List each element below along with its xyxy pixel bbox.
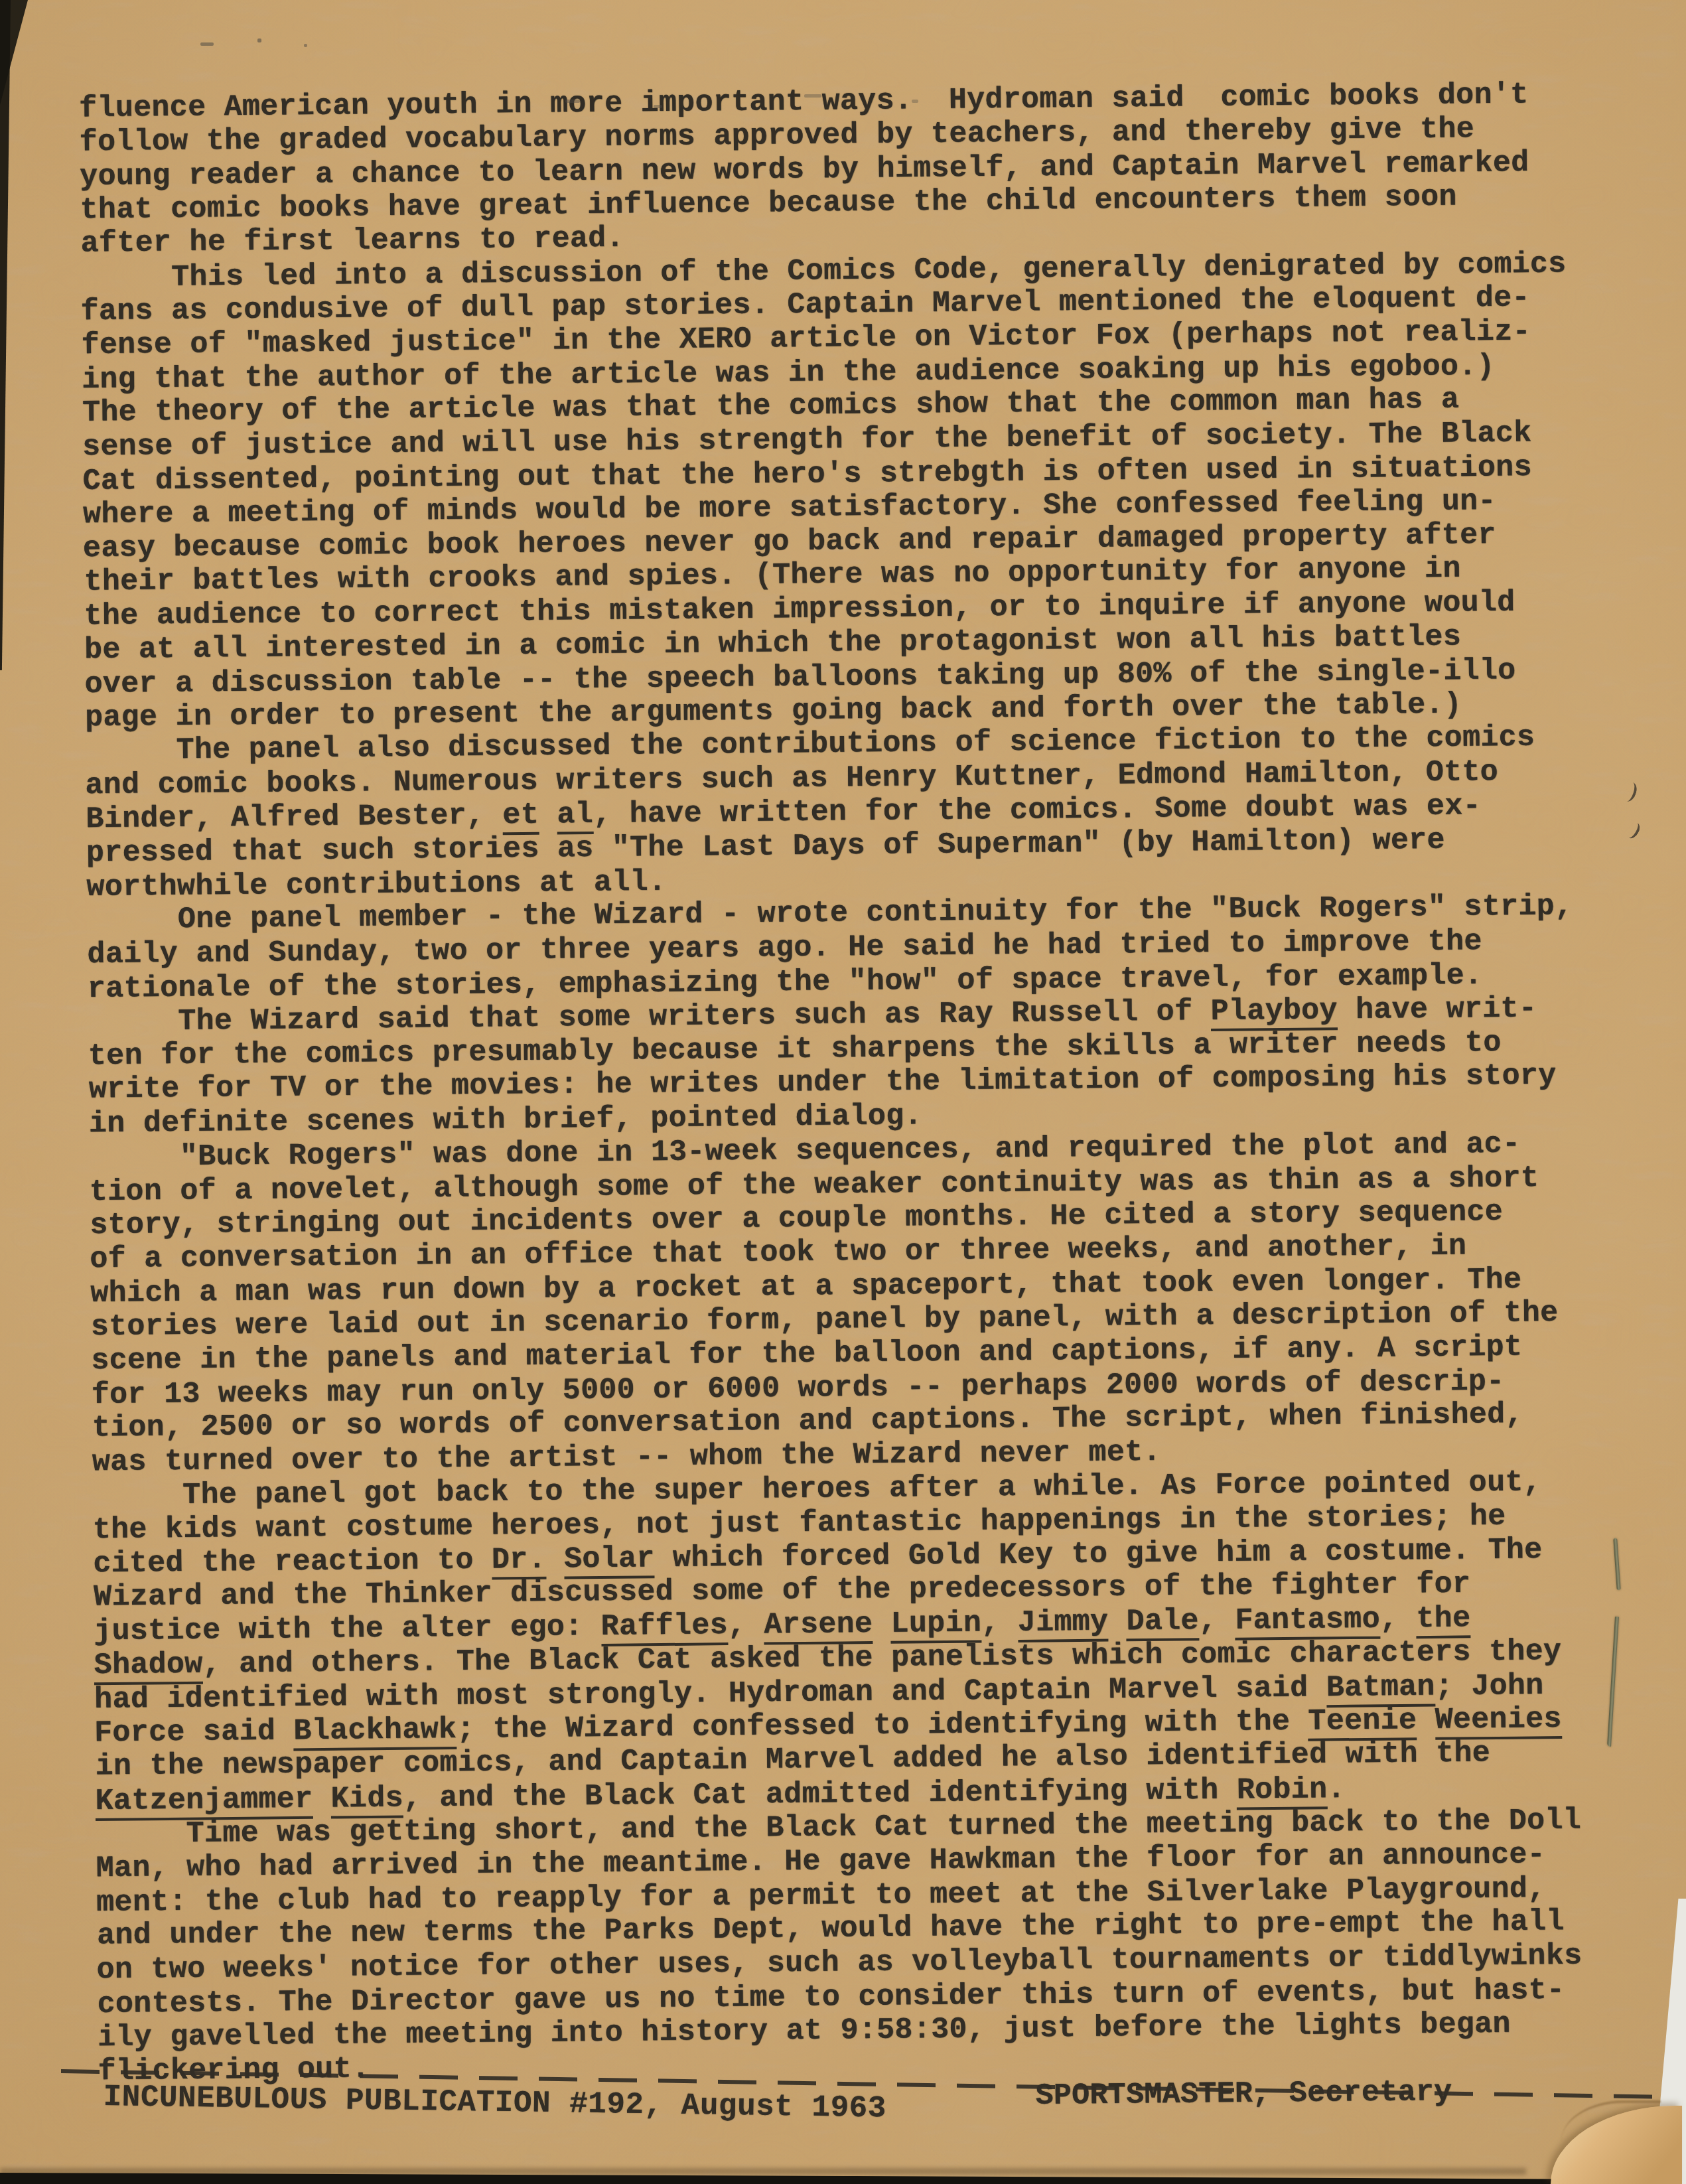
paper-speck <box>257 38 261 42</box>
staple-icon <box>1611 1538 1624 1757</box>
underlined-word: Lupin <box>890 1606 981 1643</box>
paper-speck <box>304 44 307 47</box>
underlined-word: Shadow <box>94 1648 203 1686</box>
underlined-word: Batman <box>1326 1670 1435 1708</box>
staple-prong-bottom <box>1607 1617 1619 1747</box>
margin-ink-mark <box>1620 780 1639 804</box>
staple-prong-top <box>1613 1538 1620 1590</box>
underlined-word: Weenies <box>1435 1702 1562 1740</box>
margin-ink-mark <box>1624 820 1643 841</box>
underlined-word: et <box>502 798 539 836</box>
underlined-word: Teenie <box>1308 1704 1417 1741</box>
underlined-word: Raffles <box>601 1609 729 1646</box>
underlined-word: Jimmy <box>1018 1605 1109 1642</box>
underlined-word: Kids <box>330 1782 403 1819</box>
underlined-word: Dale <box>1126 1604 1199 1641</box>
underlined-word: Dr. <box>492 1543 546 1580</box>
underlined-word: Solar <box>564 1542 655 1579</box>
underlined-word: the <box>1416 1601 1470 1638</box>
paper-speck <box>804 94 821 98</box>
paper-speck <box>912 100 918 103</box>
paper-speck <box>654 105 662 108</box>
typed-text-body: fluence American youth in more important… <box>78 10 1584 2122</box>
underlined-word: Playboy <box>1210 993 1338 1031</box>
scanner-edge-left <box>0 0 11 670</box>
scanner-corner-top-left <box>0 0 28 105</box>
underlined-word: al <box>557 798 593 835</box>
paper-speck <box>565 100 580 103</box>
underlined-word: Arsene <box>764 1607 873 1645</box>
underlined-word: Robin <box>1237 1773 1328 1810</box>
scanned-fanzine-page: fluence American youth in more important… <box>0 0 1686 2184</box>
underlined-word: Fantasmo <box>1235 1603 1380 1640</box>
underlined-word: Katzenjammer <box>95 1783 313 1821</box>
underlined-word: Blackhawk <box>293 1713 457 1751</box>
paper-speck <box>200 42 214 46</box>
